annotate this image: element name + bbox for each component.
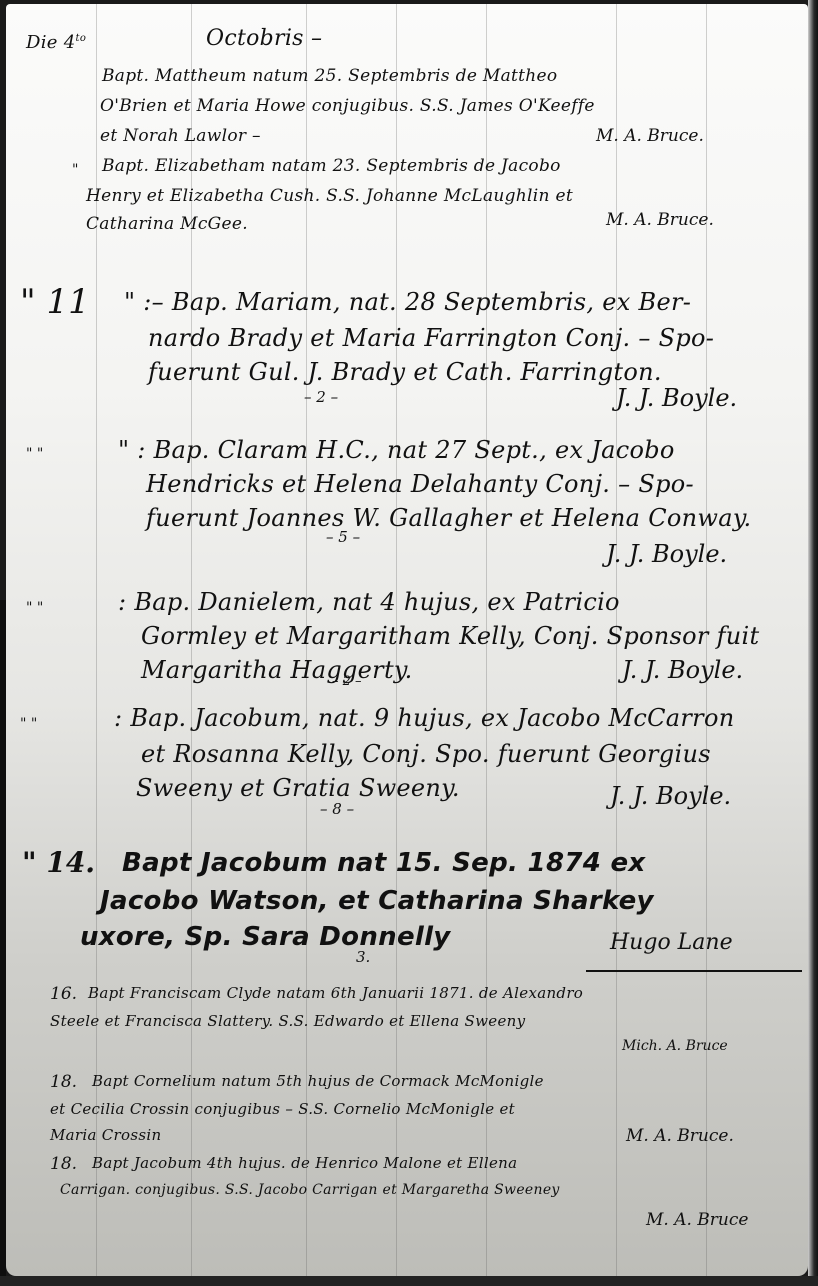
entry-line: : Bap. Danielem, nat 4 hujus, ex Patrici… <box>118 588 620 616</box>
entry-date: 18. <box>50 1072 77 1092</box>
signature: Hugo Lane <box>610 930 733 955</box>
signature: Mich. A. Bruce <box>622 1038 728 1054</box>
ditto-mark: " " <box>20 716 37 732</box>
entry-number: 3. <box>356 948 370 966</box>
entry-line: : Bap. Jacobum, nat. 9 hujus, ex Jacobo … <box>114 704 734 732</box>
ditto-mark: " " <box>26 446 43 462</box>
entry-line: Bapt. Mattheum natum 25. Septembris de M… <box>102 66 557 86</box>
register-page: Die 4to Octobris – Bapt. Mattheum natum … <box>6 4 808 1276</box>
signature: M. A. Bruce. <box>626 1126 734 1146</box>
entry-line: Bapt Franciscam Clyde natam 6th Januarii… <box>88 984 583 1002</box>
signature: J. J. Boyle. <box>606 540 727 568</box>
entry-line: fuerunt Gul. J. Brady et Cath. Farringto… <box>148 358 662 386</box>
entry-line: Hendricks et Helena Delahanty Conj. – Sp… <box>146 470 694 498</box>
page-edge-right <box>808 0 818 1286</box>
ditto-mark: " " <box>26 600 43 616</box>
entry-line: " : Bap. Claram H.C., nat 27 Sept., ex J… <box>118 436 675 464</box>
signature: J. J. Boyle. <box>622 656 743 684</box>
entry-number: – 2 – <box>332 674 362 689</box>
signature: J. J. Boyle. <box>616 384 737 412</box>
entry-line: Carrigan. conjugibus. S.S. Jacobo Carrig… <box>60 1182 560 1198</box>
signature: M. A. Bruce. <box>596 126 704 146</box>
entry-number: – 8 – <box>320 800 354 818</box>
entry-date: " 14. <box>22 846 95 879</box>
page-edge-left <box>0 600 6 1286</box>
entry-line: Bapt Jacobum 4th hujus. de Henrico Malon… <box>92 1154 517 1172</box>
entry-line: Margaritha Haggerty. <box>141 656 413 684</box>
entry-line: Steele et Francisca Slattery. S.S. Edwar… <box>50 1012 525 1030</box>
entry-line: Bapt. Elizabetham natam 23. Septembris d… <box>102 156 561 176</box>
entry-line: Henry et Elizabetha Cush. S.S. Johanne M… <box>86 186 573 206</box>
entry-line: Bapt Cornelium natum 5th hujus de Cormac… <box>92 1072 544 1090</box>
signature: J. J. Boyle. <box>610 782 731 810</box>
entry-line: uxore, Sp. Sara Donnelly <box>80 922 451 952</box>
day-label: Die 4to <box>26 32 86 53</box>
entry-line: et Rosanna Kelly, Conj. Spo. fuerunt Geo… <box>141 740 711 768</box>
entry-line: " :– Bap. Mariam, nat. 28 Septembris, ex… <box>124 288 691 316</box>
ditto-mark: " <box>72 162 78 178</box>
entry-date: " 11 <box>20 282 90 322</box>
month-heading: Octobris – <box>206 26 322 51</box>
page-edge-bottom <box>0 1276 818 1286</box>
entry-line: et Cecilia Crossin conjugibus – S.S. Cor… <box>50 1100 515 1118</box>
entry-date: 18. <box>50 1154 77 1174</box>
entry-line: Jacobo Watson, et Catharina Sharkey <box>100 886 654 916</box>
entry-number: – 5 – <box>326 528 360 546</box>
entry-line: O'Brien et Maria Howe conjugibus. S.S. J… <box>100 96 595 116</box>
entry-line: fuerunt Joannes W. Gallagher et Helena C… <box>146 504 751 532</box>
day-label-text: Die 4 <box>26 32 76 53</box>
entry-line: Gormley et Margaritham Kelly, Conj. Spon… <box>141 622 759 650</box>
entry-line: Sweeny et Gratia Sweeny. <box>136 774 460 802</box>
signature: M. A. Bruce. <box>606 210 714 230</box>
entry-line: nardo Brady et Maria Farrington Conj. – … <box>148 324 714 352</box>
entry-line: et Norah Lawlor – <box>100 126 261 146</box>
day-suffix: to <box>76 33 87 44</box>
entry-line: Catharina McGee. <box>86 214 248 234</box>
entry-line: Maria Crossin <box>50 1126 161 1144</box>
entry-date: 16. <box>50 984 77 1004</box>
entry-line: Bapt Jacobum nat 15. Sep. 1874 ex <box>122 848 645 878</box>
entry-number: – 2 – <box>304 388 338 406</box>
signature: M. A. Bruce <box>646 1210 748 1230</box>
separator-line <box>586 970 802 972</box>
